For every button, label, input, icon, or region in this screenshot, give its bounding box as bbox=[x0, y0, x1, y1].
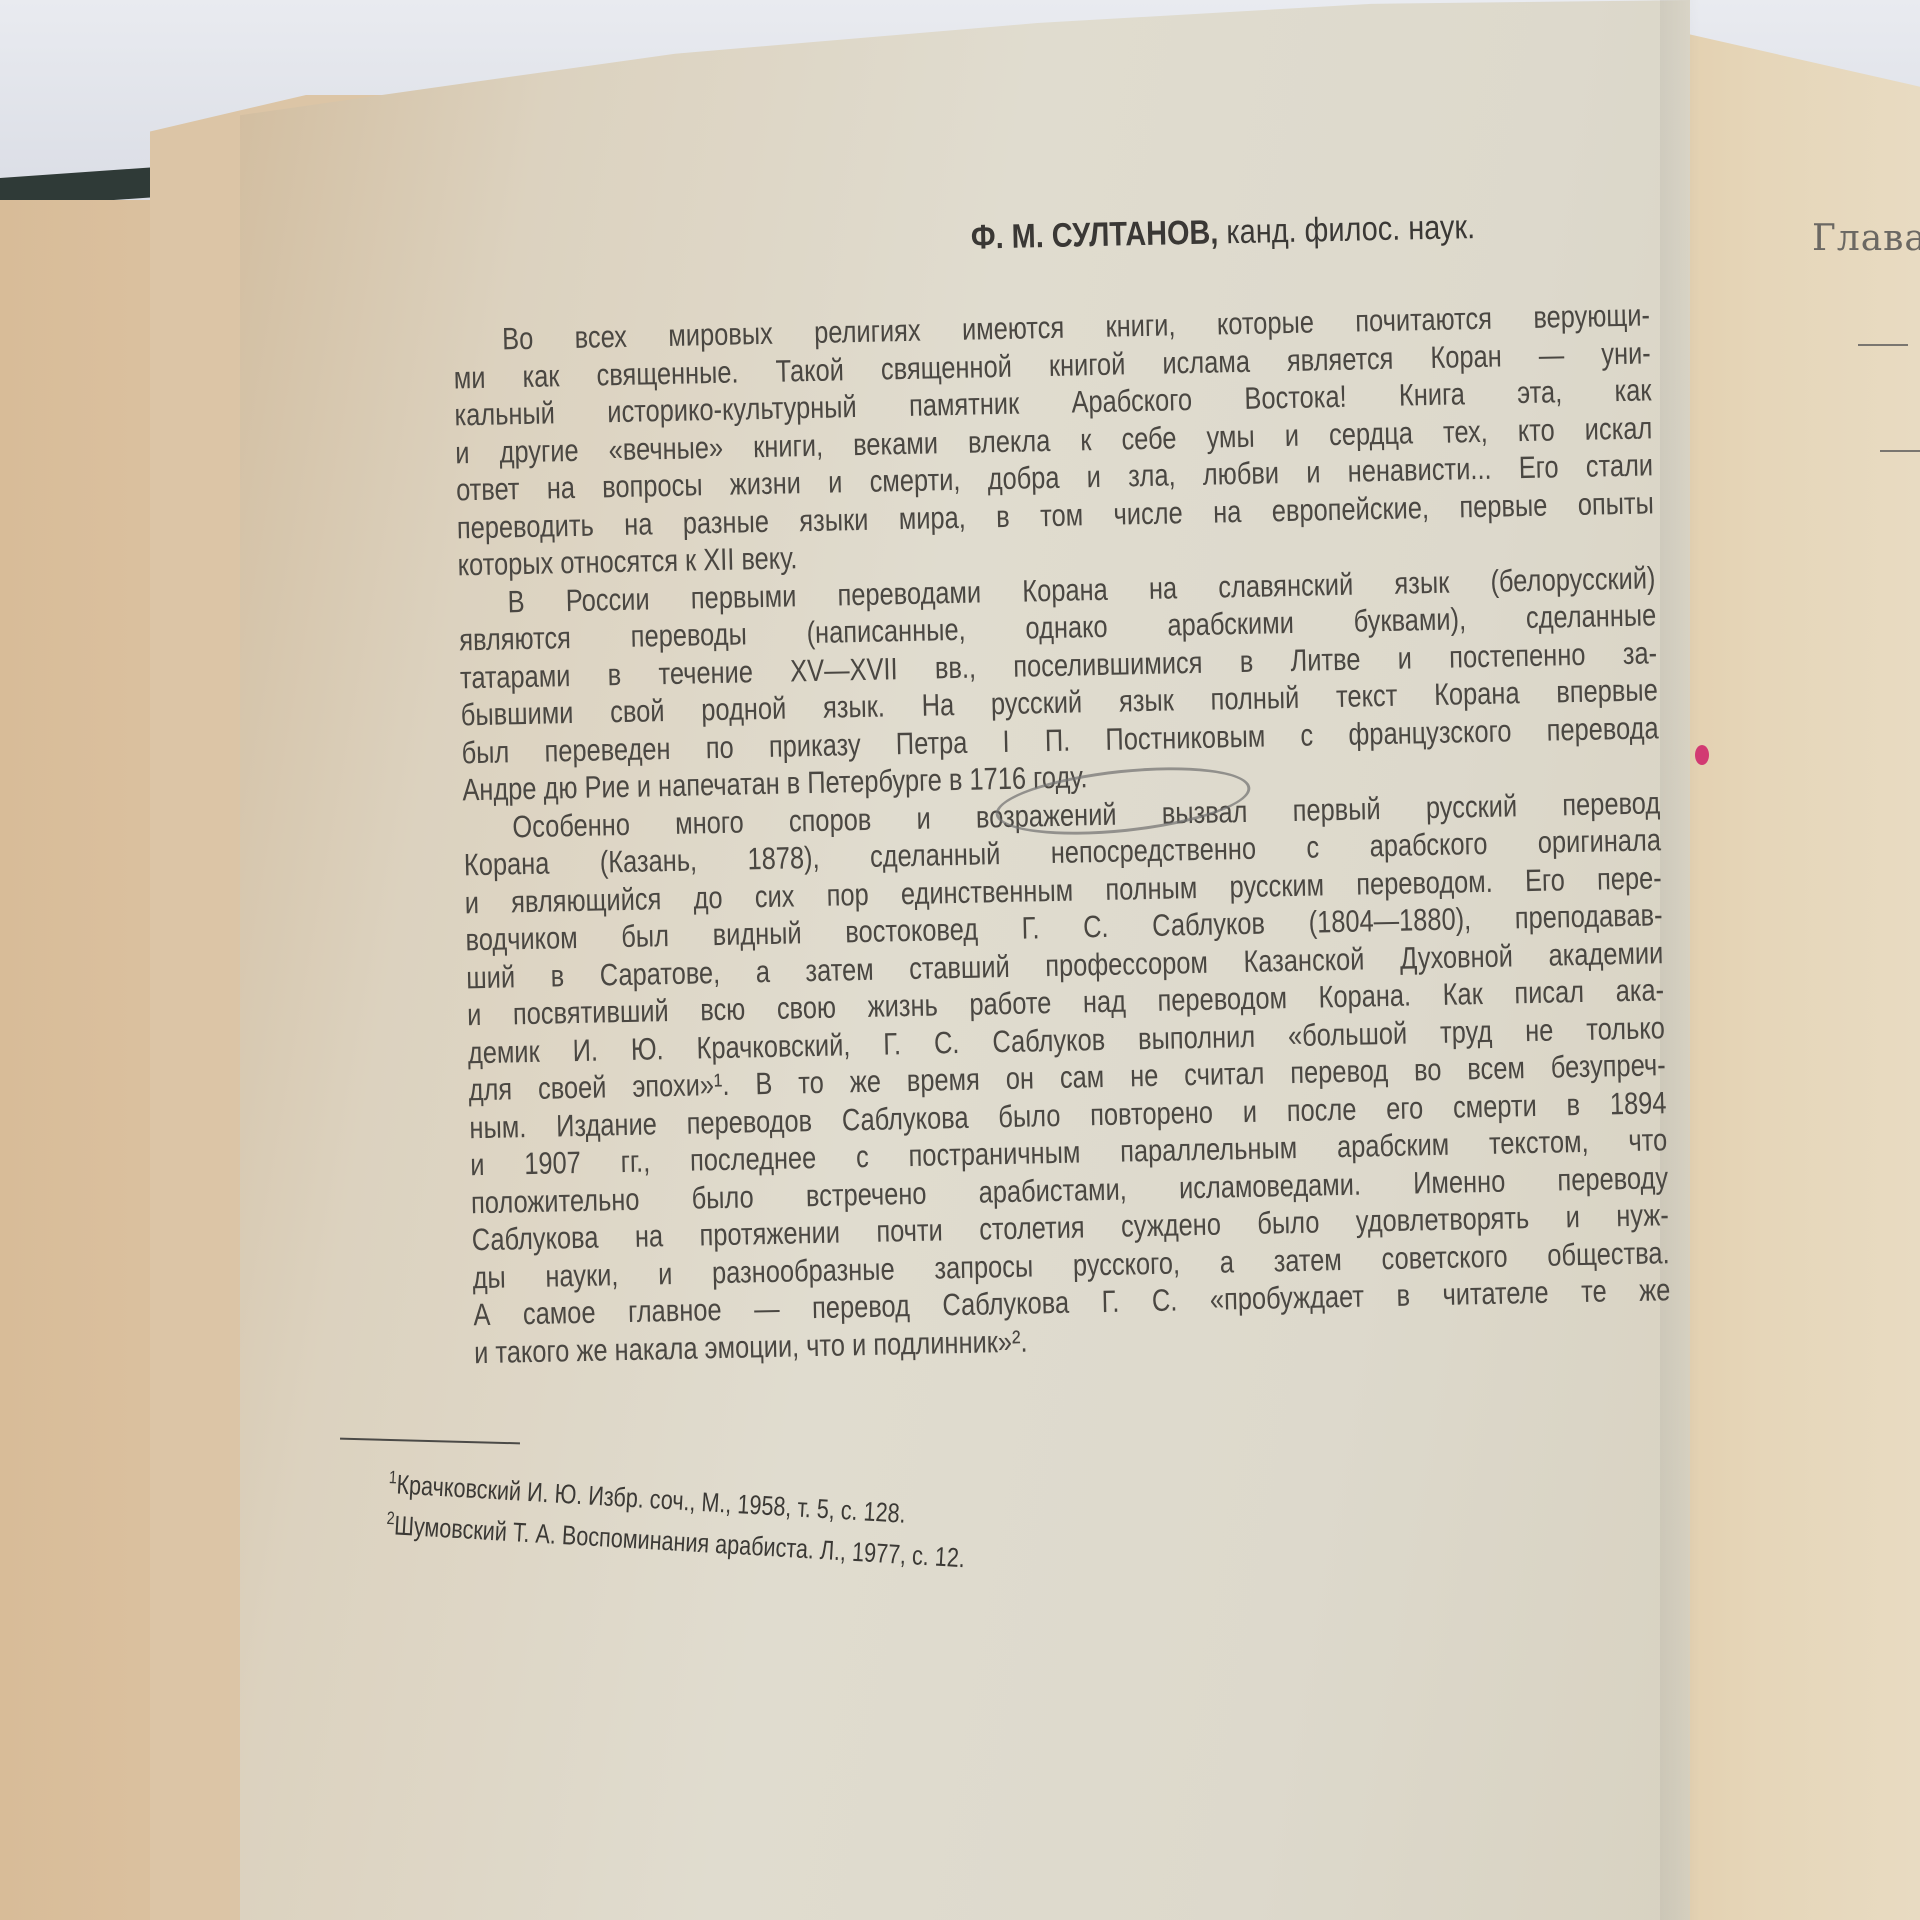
pink-ink-dot bbox=[1695, 745, 1709, 765]
right-page-chapter-heading: Глава bbox=[1812, 218, 1920, 259]
author-credentials: канд. филос. наук. bbox=[1226, 208, 1475, 251]
paragraph-intro: Во всех мировых религиях имеются книги, … bbox=[453, 291, 1920, 1371]
photo-scene: Глава Ф. М. СУЛТАНОВ, канд. филос. наук.… bbox=[0, 0, 1920, 1920]
author-name: Ф. М. СУЛТАНОВ, bbox=[971, 213, 1219, 256]
